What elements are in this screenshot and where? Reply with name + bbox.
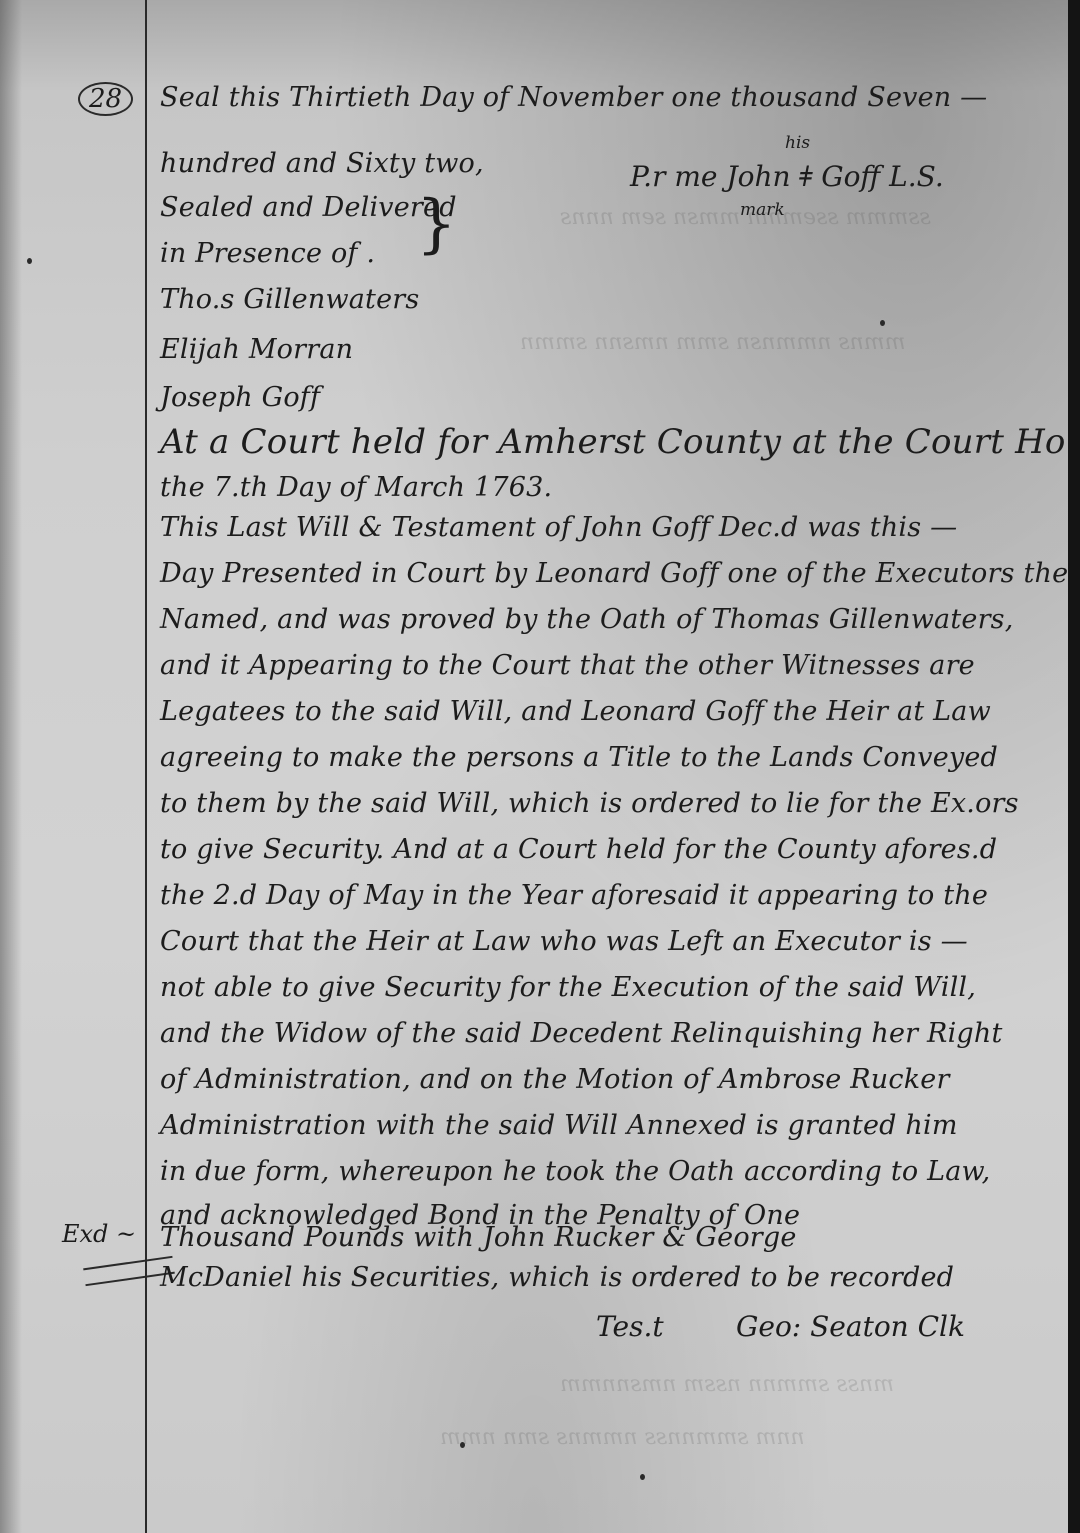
text-line-15: agreeing to make the persons a Title to … <box>160 742 998 773</box>
clerk-signature: Geo: Seaton Clk <box>736 1310 965 1343</box>
text-line-23: Administration with the said Will Annexe… <box>160 1110 958 1141</box>
text-line-20: not able to give Security for the Execut… <box>160 972 976 1003</box>
signature-his: his <box>785 133 810 153</box>
teste-label: Tes.t <box>596 1310 664 1343</box>
bleed-through: mmns nmmnsn smm nmsnn smmn <box>520 330 906 355</box>
margin-note-examined: Exd ~ <box>62 1220 136 1248</box>
court-heading: At a Court held for Amherst County at th… <box>160 422 1068 462</box>
bleed-through: nnm smmnnss nmmns smn nmm <box>440 1425 805 1450</box>
document-page: ssmmm ssemmn mmsn sem nnns mmns nmmnsn s… <box>0 0 1068 1533</box>
signature-surname: Goff L.S. <box>821 160 944 193</box>
text-line-3: Sealed and Delivered <box>160 192 457 223</box>
text-line-11: Day Presented in Court by Leonard Goff o… <box>160 558 1068 589</box>
page-number: 28 <box>78 82 133 116</box>
court-date: the 7.th Day of March 1763. <box>160 472 552 503</box>
signature-prefix: P.r me John <box>630 160 791 193</box>
text-line-19: Court that the Heir at Law who was Left … <box>160 926 968 957</box>
ink-speck <box>460 1442 465 1448</box>
bleed-through: mnss smmnn nssm nmsnnmm <box>560 1372 894 1397</box>
text-line-21: and the Widow of the said Decedent Relin… <box>160 1018 1003 1049</box>
ink-speck <box>640 1474 645 1480</box>
text-line-24: in due form, whereupon he took the Oath … <box>160 1156 990 1187</box>
witness-3: Joseph Goff <box>160 382 320 413</box>
text-line-1: Seal this Thirtieth Day of November one … <box>160 82 987 113</box>
text-line-4: in Presence of . <box>160 238 375 269</box>
testator-signature: P.r me John ǂ Goff L.S. <box>630 160 944 193</box>
margin-rule <box>145 0 147 1533</box>
text-line-13: and it Appearing to the Court that the o… <box>160 650 975 681</box>
scan-border <box>1068 0 1080 1533</box>
scan-edge-shadow <box>0 0 22 1533</box>
mark-symbol: ǂ <box>799 160 812 193</box>
witness-2: Elijah Morran <box>160 334 353 365</box>
text-line-26: Thousand Pounds with John Rucker & Georg… <box>160 1222 797 1253</box>
text-line-17: to give Security. And at a Court held fo… <box>160 834 997 865</box>
text-line-16: to them by the said Will, which is order… <box>160 788 1019 819</box>
ink-speck <box>27 258 32 264</box>
text-line-14: Legatees to the said Will, and Leonard G… <box>160 696 991 727</box>
text-line-27: McDaniel his Securities, which is ordere… <box>160 1262 954 1293</box>
signature-mark: mark <box>740 200 785 220</box>
text-line-18: the 2.d Day of May in the Year aforesaid… <box>160 880 988 911</box>
text-line-22: of Administration, and on the Motion of … <box>160 1064 950 1095</box>
witness-1: Tho.s Gillenwaters <box>160 284 419 315</box>
text-line-12: Named, and was proved by the Oath of Tho… <box>160 604 1014 635</box>
ink-speck <box>880 320 885 326</box>
text-line-10: This Last Will & Testament of John Goff … <box>160 512 957 543</box>
witness-brace: } <box>416 192 457 256</box>
text-line-2: hundred and Sixty two, <box>160 148 484 179</box>
